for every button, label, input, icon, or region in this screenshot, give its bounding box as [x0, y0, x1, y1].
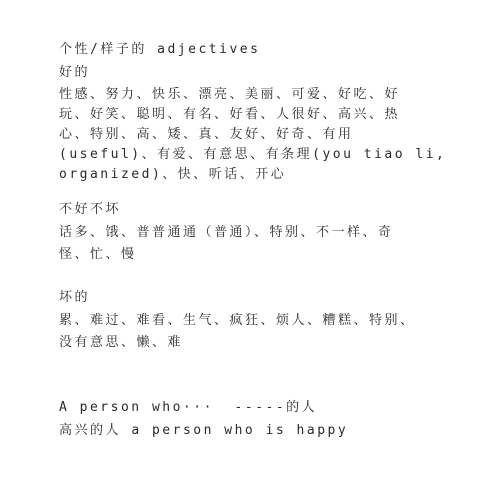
text-line: 累、难过、难看、生气、疯狂、烦人、糟糕、特别、 [59, 310, 459, 332]
page-title: 个性/样子的 adjectives [59, 40, 459, 60]
section-heading-bad: 坏的 [59, 288, 459, 308]
text-line: organized)、快、听话、开心 [59, 165, 459, 185]
sentence-pattern-section: A person who··· -----的人 高兴的人 a person wh… [59, 398, 459, 441]
section-heading-good: 好的 [59, 63, 459, 83]
text-line: 性感、努力、快乐、漂亮、美丽、可爱、好吃、好 [59, 85, 459, 105]
text-line: 话多、饿、普普通通（普通）、特别、不一样、奇 [59, 222, 459, 244]
text-line: (useful)、有爱、有意思、有条理(you tiao li, [59, 145, 459, 165]
pattern-line: A person who··· -----的人 [59, 398, 459, 418]
text-line: 玩、好笑、聪明、有名、好看、人很好、高兴、热 [59, 105, 459, 125]
example-line: 高兴的人 a person who is happy [59, 421, 459, 441]
document-page: 个性/样子的 adjectives 好的 性感、努力、快乐、漂亮、美丽、可爱、好… [59, 40, 459, 441]
text-line: 心、特别、高、矮、真、友好、好奇、有用 [59, 125, 459, 145]
text-line: 怪、忙、慢 [59, 244, 459, 266]
text-line: 没有意思、懒、难 [59, 332, 459, 354]
section-heading-neutral: 不好不坏 [59, 200, 459, 220]
section-bad-adjectives: 坏的 累、难过、难看、生气、疯狂、烦人、糟糕、特别、 没有意思、懒、难 [59, 288, 459, 354]
adjective-list-neutral: 话多、饿、普普通通（普通）、特别、不一样、奇 怪、忙、慢 [59, 222, 459, 266]
section-neutral-adjectives: 不好不坏 话多、饿、普普通通（普通）、特别、不一样、奇 怪、忙、慢 [59, 200, 459, 266]
section-good-adjectives: 好的 性感、努力、快乐、漂亮、美丽、可爱、好吃、好 玩、好笑、聪明、有名、好看、… [59, 63, 459, 185]
adjective-list-bad: 累、难过、难看、生气、疯狂、烦人、糟糕、特别、 没有意思、懒、难 [59, 310, 459, 354]
adjective-list-good: 性感、努力、快乐、漂亮、美丽、可爱、好吃、好 玩、好笑、聪明、有名、好看、人很好… [59, 85, 459, 185]
